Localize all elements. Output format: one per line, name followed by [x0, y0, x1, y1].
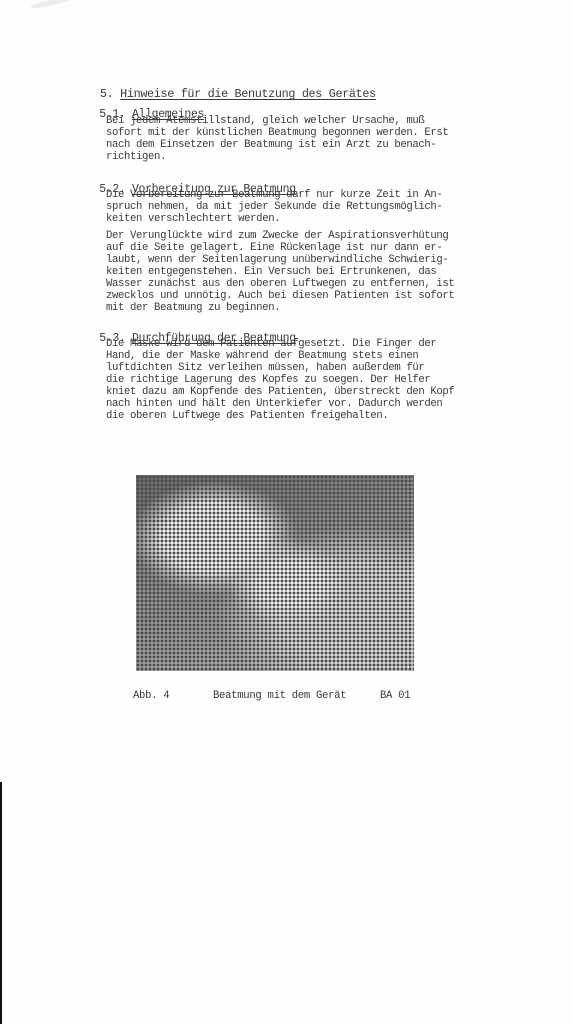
- text-line: Bei jedem Atemstillstand, gleich welcher…: [106, 115, 424, 127]
- figure-photo: [136, 475, 414, 671]
- text-line: sofort mit der künstlichen Beatmung bego…: [106, 127, 448, 139]
- text-line: Die Vorbereitung zur Beatmung darf nur k…: [106, 189, 442, 201]
- text-line: richtigen.: [106, 151, 166, 163]
- text-line: keiten entgegenstehen. Ein Versuch bei E…: [106, 266, 436, 278]
- text-line: nach hinten und hält den Unterkiefer vor…: [106, 398, 442, 410]
- text-line: zwecklos und unnötig. Auch bei diesen Pa…: [106, 290, 454, 302]
- text-line: Der Verunglückte wird zum Zwecke der Asp…: [106, 230, 448, 242]
- text-line: kniet dazu am Kopfende des Patienten, üb…: [106, 386, 454, 398]
- figure-device: BA 01: [380, 690, 410, 702]
- text-line: mit der Beatmung zu beginnen.: [106, 302, 280, 314]
- text-line: keiten verschlechtert werden.: [106, 213, 280, 225]
- text-line: Wasser zunächst aus den oberen Luftwegen…: [106, 278, 454, 290]
- figure-label: Abb. 4: [133, 690, 169, 702]
- text-line: laubt, wenn der Seitenlagerung unüberwin…: [106, 254, 448, 266]
- text-line: die richtige Lagerung des Kopfes zu soeg…: [106, 374, 430, 386]
- scan-smudge: [30, 0, 70, 10]
- text-line: luftdichten Sitz verleihen müssen, haben…: [106, 362, 424, 374]
- figure-caption: Beatmung mit dem Gerät: [213, 690, 346, 702]
- text-line: auf die Seite gelagert. Eine Rückenlage …: [106, 242, 442, 254]
- document-page: 5. Hinweise für die Benutzung des Geräte…: [0, 0, 572, 1024]
- text-line: die oberen Luftwege des Patienten freige…: [106, 410, 388, 422]
- text-line: Die Maske wird dem Patienten aufgesetzt.…: [106, 338, 436, 350]
- text-line: nach dem Einsetzen der Beatmung ist ein …: [106, 139, 436, 151]
- scan-edge: [0, 782, 2, 1024]
- text-line: Hand, die der Maske während der Beatmung…: [106, 350, 418, 362]
- text-line: spruch nehmen, da mit jeder Sekunde die …: [106, 201, 442, 213]
